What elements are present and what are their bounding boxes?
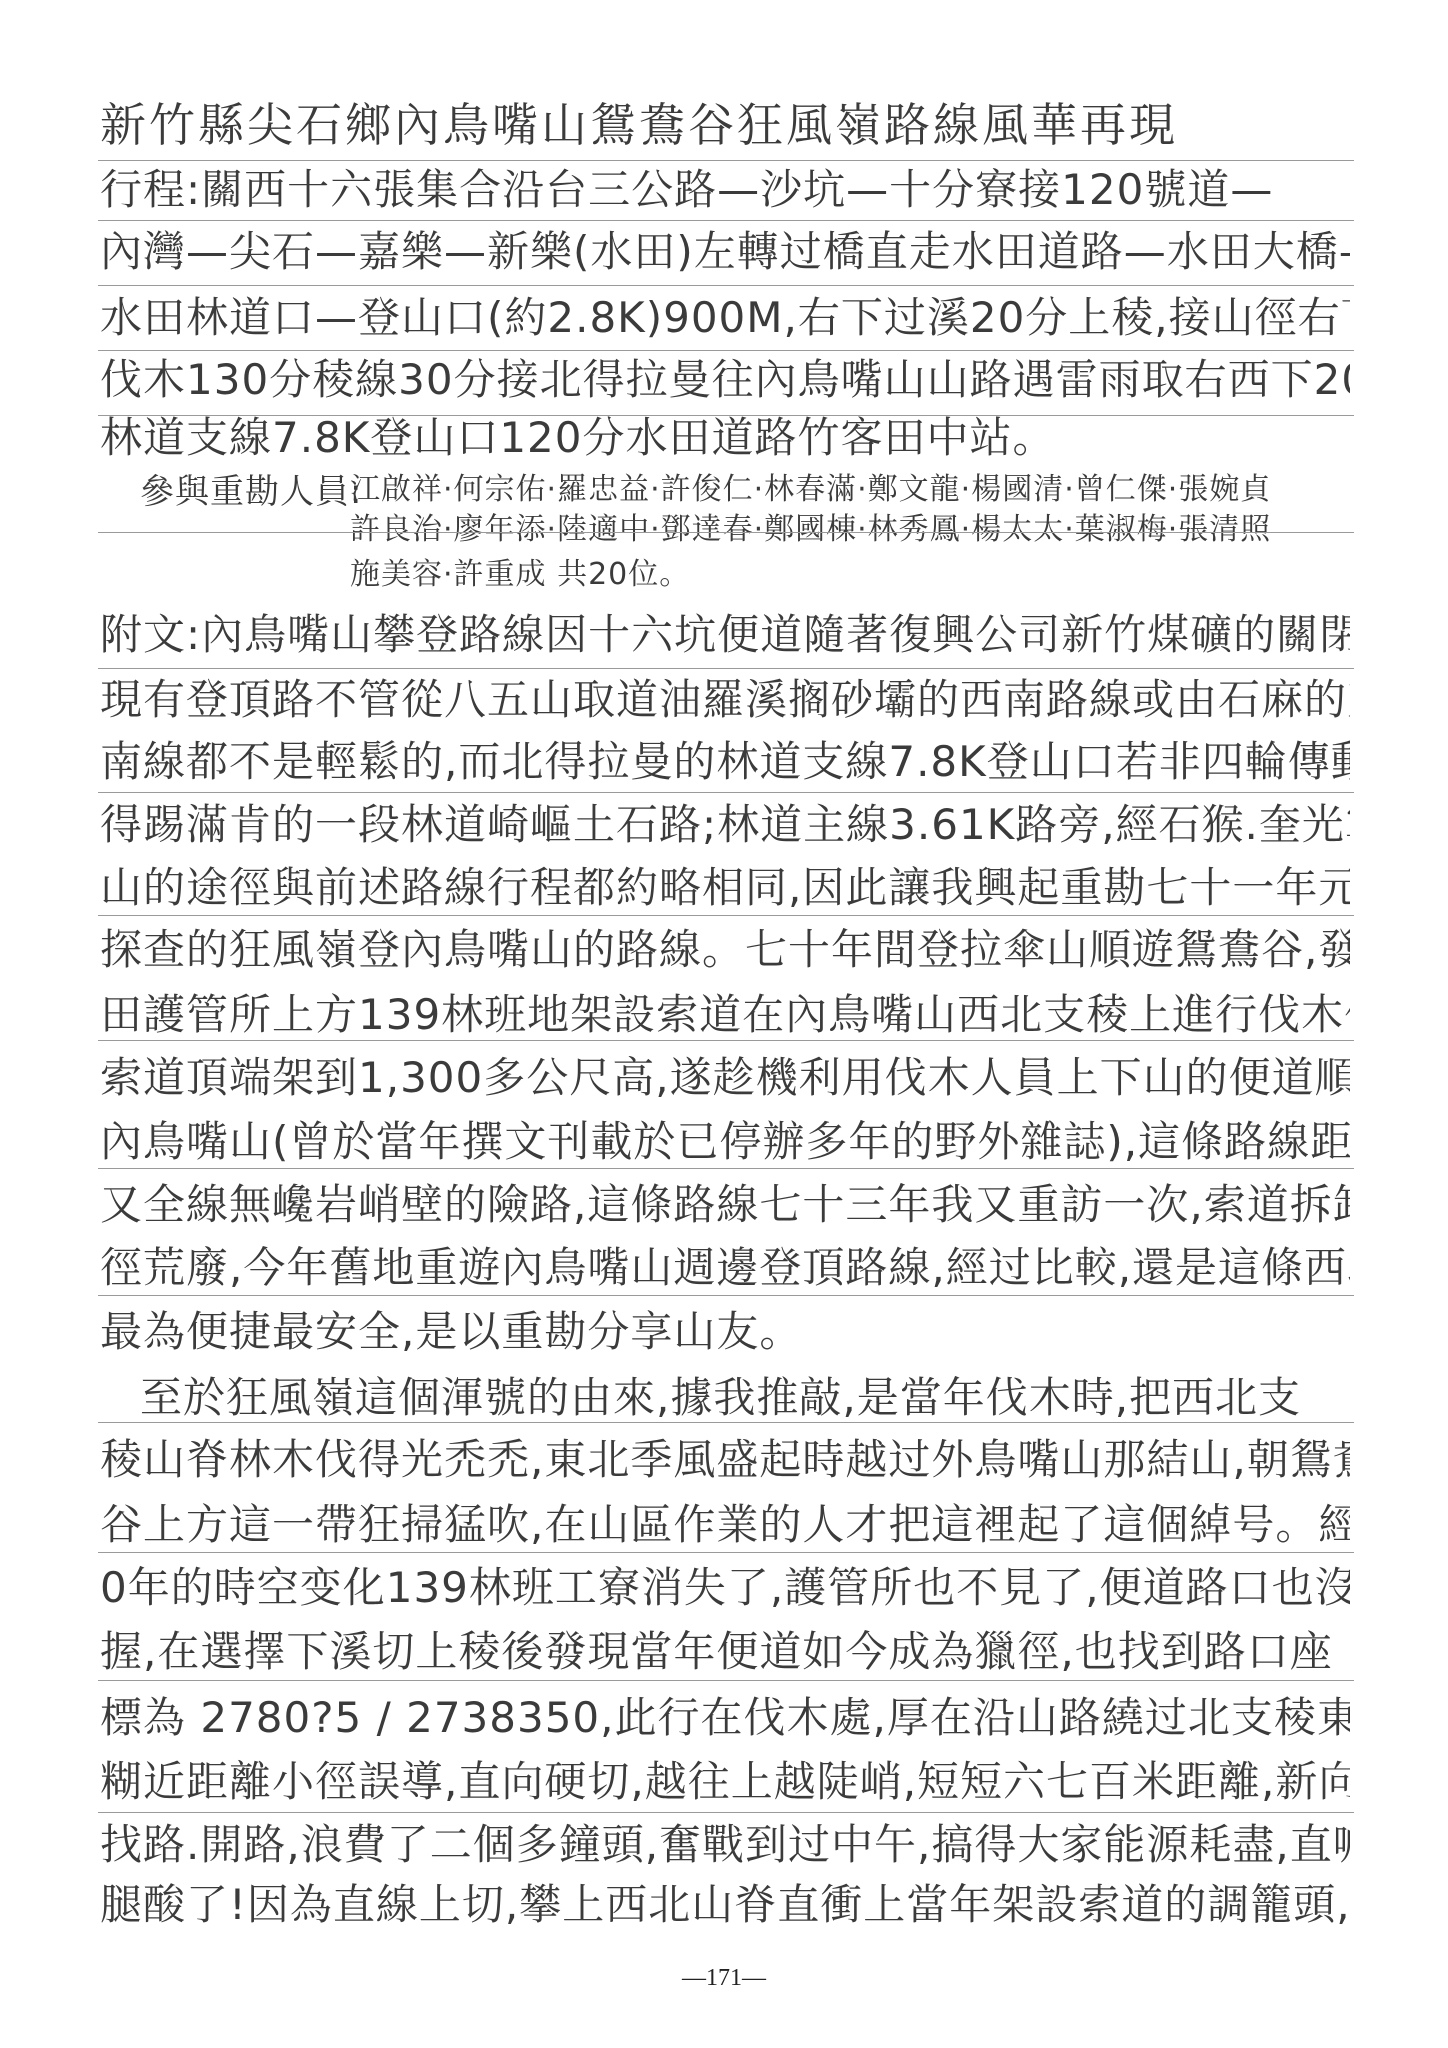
itinerary-line: 林道支線7.8K登山口120分水田道路竹客田中站。 xyxy=(100,408,1350,468)
body-line: 0年的時空变化139林班工寮消失了,護管所也不見了,便道路口也沒石碑掌 xyxy=(100,1558,1350,1618)
body-line: 田護管所上方139林班地架設索道在內鳥嘴山西北支稜上進行伐木作業, xyxy=(100,985,1350,1045)
ruled-line xyxy=(98,792,1354,793)
ruled-line xyxy=(98,1812,1354,1813)
members-line: 施美容·許重成 共20位。 xyxy=(350,545,1350,605)
body-line: 現有登頂路不管從八五山取道油羅溪搁砂壩的西南路線或由石麻的東 xyxy=(100,670,1350,730)
ruled-line xyxy=(98,1552,1354,1553)
itinerary-line: 水田林道口—登山口(約2.8K)900M,右下过溪20分上稜,接山徑右下溪25分 xyxy=(100,288,1350,348)
body-line: 內鳥嘴山(曾於當年撰文刊載於已停辦多年的野外雜誌),這條路線距離近, xyxy=(100,1112,1350,1172)
ruled-line xyxy=(98,915,1354,916)
ruled-line xyxy=(98,220,1354,221)
page-number: —171— xyxy=(0,1965,1448,1992)
ruled-line xyxy=(98,1422,1354,1423)
body-line: 標為 2780?5 / 2738350,此行在伐木處,厚在沿山路繞过北支稜東側,… xyxy=(100,1688,1350,1748)
body-line: 糊近距離小徑誤導,直向硬切,越往上越陡峭,短短六七百米距離,新向, xyxy=(100,1752,1350,1812)
body-line: 谷上方這一帶狂掃猛吹,在山區作業的人才把這裡起了這個綽号。經过二,三 xyxy=(100,1495,1350,1555)
body-line: 又全線無巉岩峭壁的險路,這條路線七十三年我又重訪一次,索道拆卸山 xyxy=(100,1175,1350,1235)
ruled-line xyxy=(98,285,1354,286)
body-line: 得踢滿肯的一段林道崎嶇土石路;林道主線3.61K路旁,經石猴.奎光軍 xyxy=(100,795,1350,855)
body-line: 附文:內鳥嘴山攀登路線因十六坑便道隨著復興公司新竹煤礦的關閉而廢棄, xyxy=(100,605,1350,665)
ruled-line xyxy=(98,668,1354,669)
ruled-line xyxy=(98,1295,1354,1296)
body-line: 南線都不是輕鬆的,而北得拉曼的林道支線7.8K登山口若非四輪傳動也 xyxy=(100,732,1350,792)
document-page: 新竹縣尖石鄉內鳥嘴山鴛鴦谷狂風嶺路線風華再現 行程:關西十六張集合沿台三公路—沙… xyxy=(0,0,1448,2048)
body-line: 握,在選擇下溪切上稜後發現當年便道如今成為獵徑,也找到路口座 xyxy=(100,1622,1350,1682)
body-line: 至於狂風嶺這個渾號的由來,據我推敲,是當年伐木時,把西北支 xyxy=(100,1368,1390,1428)
body-line: 索道頂端架到1,300多公尺高,遂趁機利用伐木人員上下山的便道順利登上 xyxy=(100,1048,1350,1108)
itinerary-line: 伐木130分稜線30分接北得拉曼往內鳥嘴山山路遇雷雨取右西下20分水田 xyxy=(100,350,1350,410)
ruled-line xyxy=(98,1040,1354,1041)
body-line: 腿酸了!因為直線上切,攀上西北山脊直衝上當年架設索道的調籠頭, xyxy=(100,1875,1350,1935)
body-line: 徑荒廢,今年舊地重遊內鳥嘴山週邊登頂路線,經过比較,還是這條西北支稜 xyxy=(100,1238,1350,1298)
body-line: 山的途徑與前述路線行程都約略相同,因此讓我興起重勘七十一年元月 xyxy=(100,858,1350,918)
body-line: 探查的狂風嶺登內鳥嘴山的路線。七十年間登拉傘山順遊鴛鴦谷,發現水 xyxy=(100,920,1350,980)
body-line: 最為便捷最安全,是以重勘分享山友。 xyxy=(100,1302,1350,1362)
ruled-line xyxy=(98,532,1354,533)
ruled-line xyxy=(98,1168,1354,1169)
body-line: 找路.開路,浪費了二個多鐘頭,奮戰到过中午,搞得大家能源耗盡,直喊 xyxy=(100,1815,1350,1875)
page-title: 新竹縣尖石鄉內鳥嘴山鴛鴦谷狂風嶺路線風華再現 xyxy=(100,95,1350,155)
body-line: 稜山脊林木伐得光禿禿,東北季風盛起時越过外鳥嘴山那結山,朝鴛鴦 xyxy=(100,1430,1350,1490)
ruled-line xyxy=(98,1680,1354,1681)
itinerary-line: 內灣—尖石—嘉樂—新樂(水田)左轉过橋直走水田道路—水田大橋— xyxy=(100,222,1350,282)
itinerary-line: 行程:關西十六張集合沿台三公路—沙坑—十分寮接120號道— xyxy=(100,160,1350,220)
